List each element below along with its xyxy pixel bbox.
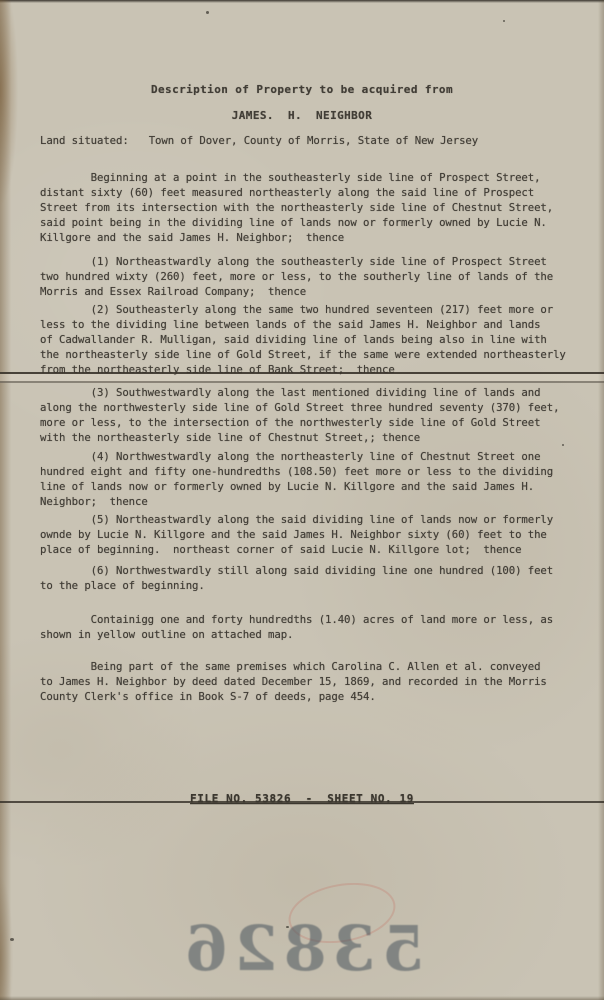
paragraph-acreage: Containigg one and forty hundredths (1.4… [40,612,592,642]
paper-speck [10,938,14,941]
paper-speck [206,11,209,14]
paragraph-course-5: (5) Northeastwardly along the said divid… [40,512,592,557]
page-right-edge [598,0,604,1000]
land-situated-line: Land situated:Town of Dover, County of M… [40,133,592,148]
document-title: Description of Property to be acquired f… [0,82,604,97]
land-situated-value: Town of Dover, County of Morris, State o… [149,134,478,147]
mirrored-file-number-stamp: 53826 [0,918,604,980]
paper-speck [562,444,564,446]
land-situated-label: Land situated: [40,134,129,147]
page-left-edge [0,0,14,1000]
paragraph-course-4: (4) Northwestwardly along the northeaste… [40,449,592,509]
file-sheet-number: FILE NO. 53826 - SHEET NO. 19 [0,792,604,805]
paragraph-course-2: (2) Southeasterly along the same two hun… [40,302,592,377]
paragraph-course-6: (6) Northwestwardly still along said div… [40,563,592,593]
paragraph-deed-reference: Being part of the same premises which Ca… [40,659,592,704]
fold-crease-line [0,372,604,383]
paper-speck [286,926,289,928]
grantor-name: JAMES. H. NEIGHBOR [0,108,604,123]
paper-speck [503,20,505,22]
paragraph-beginning: Beginning at a point in the southeasterl… [40,170,592,245]
paragraph-course-1: (1) Northeastwardly along the southeaste… [40,254,592,299]
page-bottom-edge [0,996,604,1000]
paragraph-course-3: (3) Southwestwardly along the last menti… [40,385,592,445]
page-top-edge [0,0,604,3]
scanned-document-page: Description of Property to be acquired f… [0,0,604,1000]
